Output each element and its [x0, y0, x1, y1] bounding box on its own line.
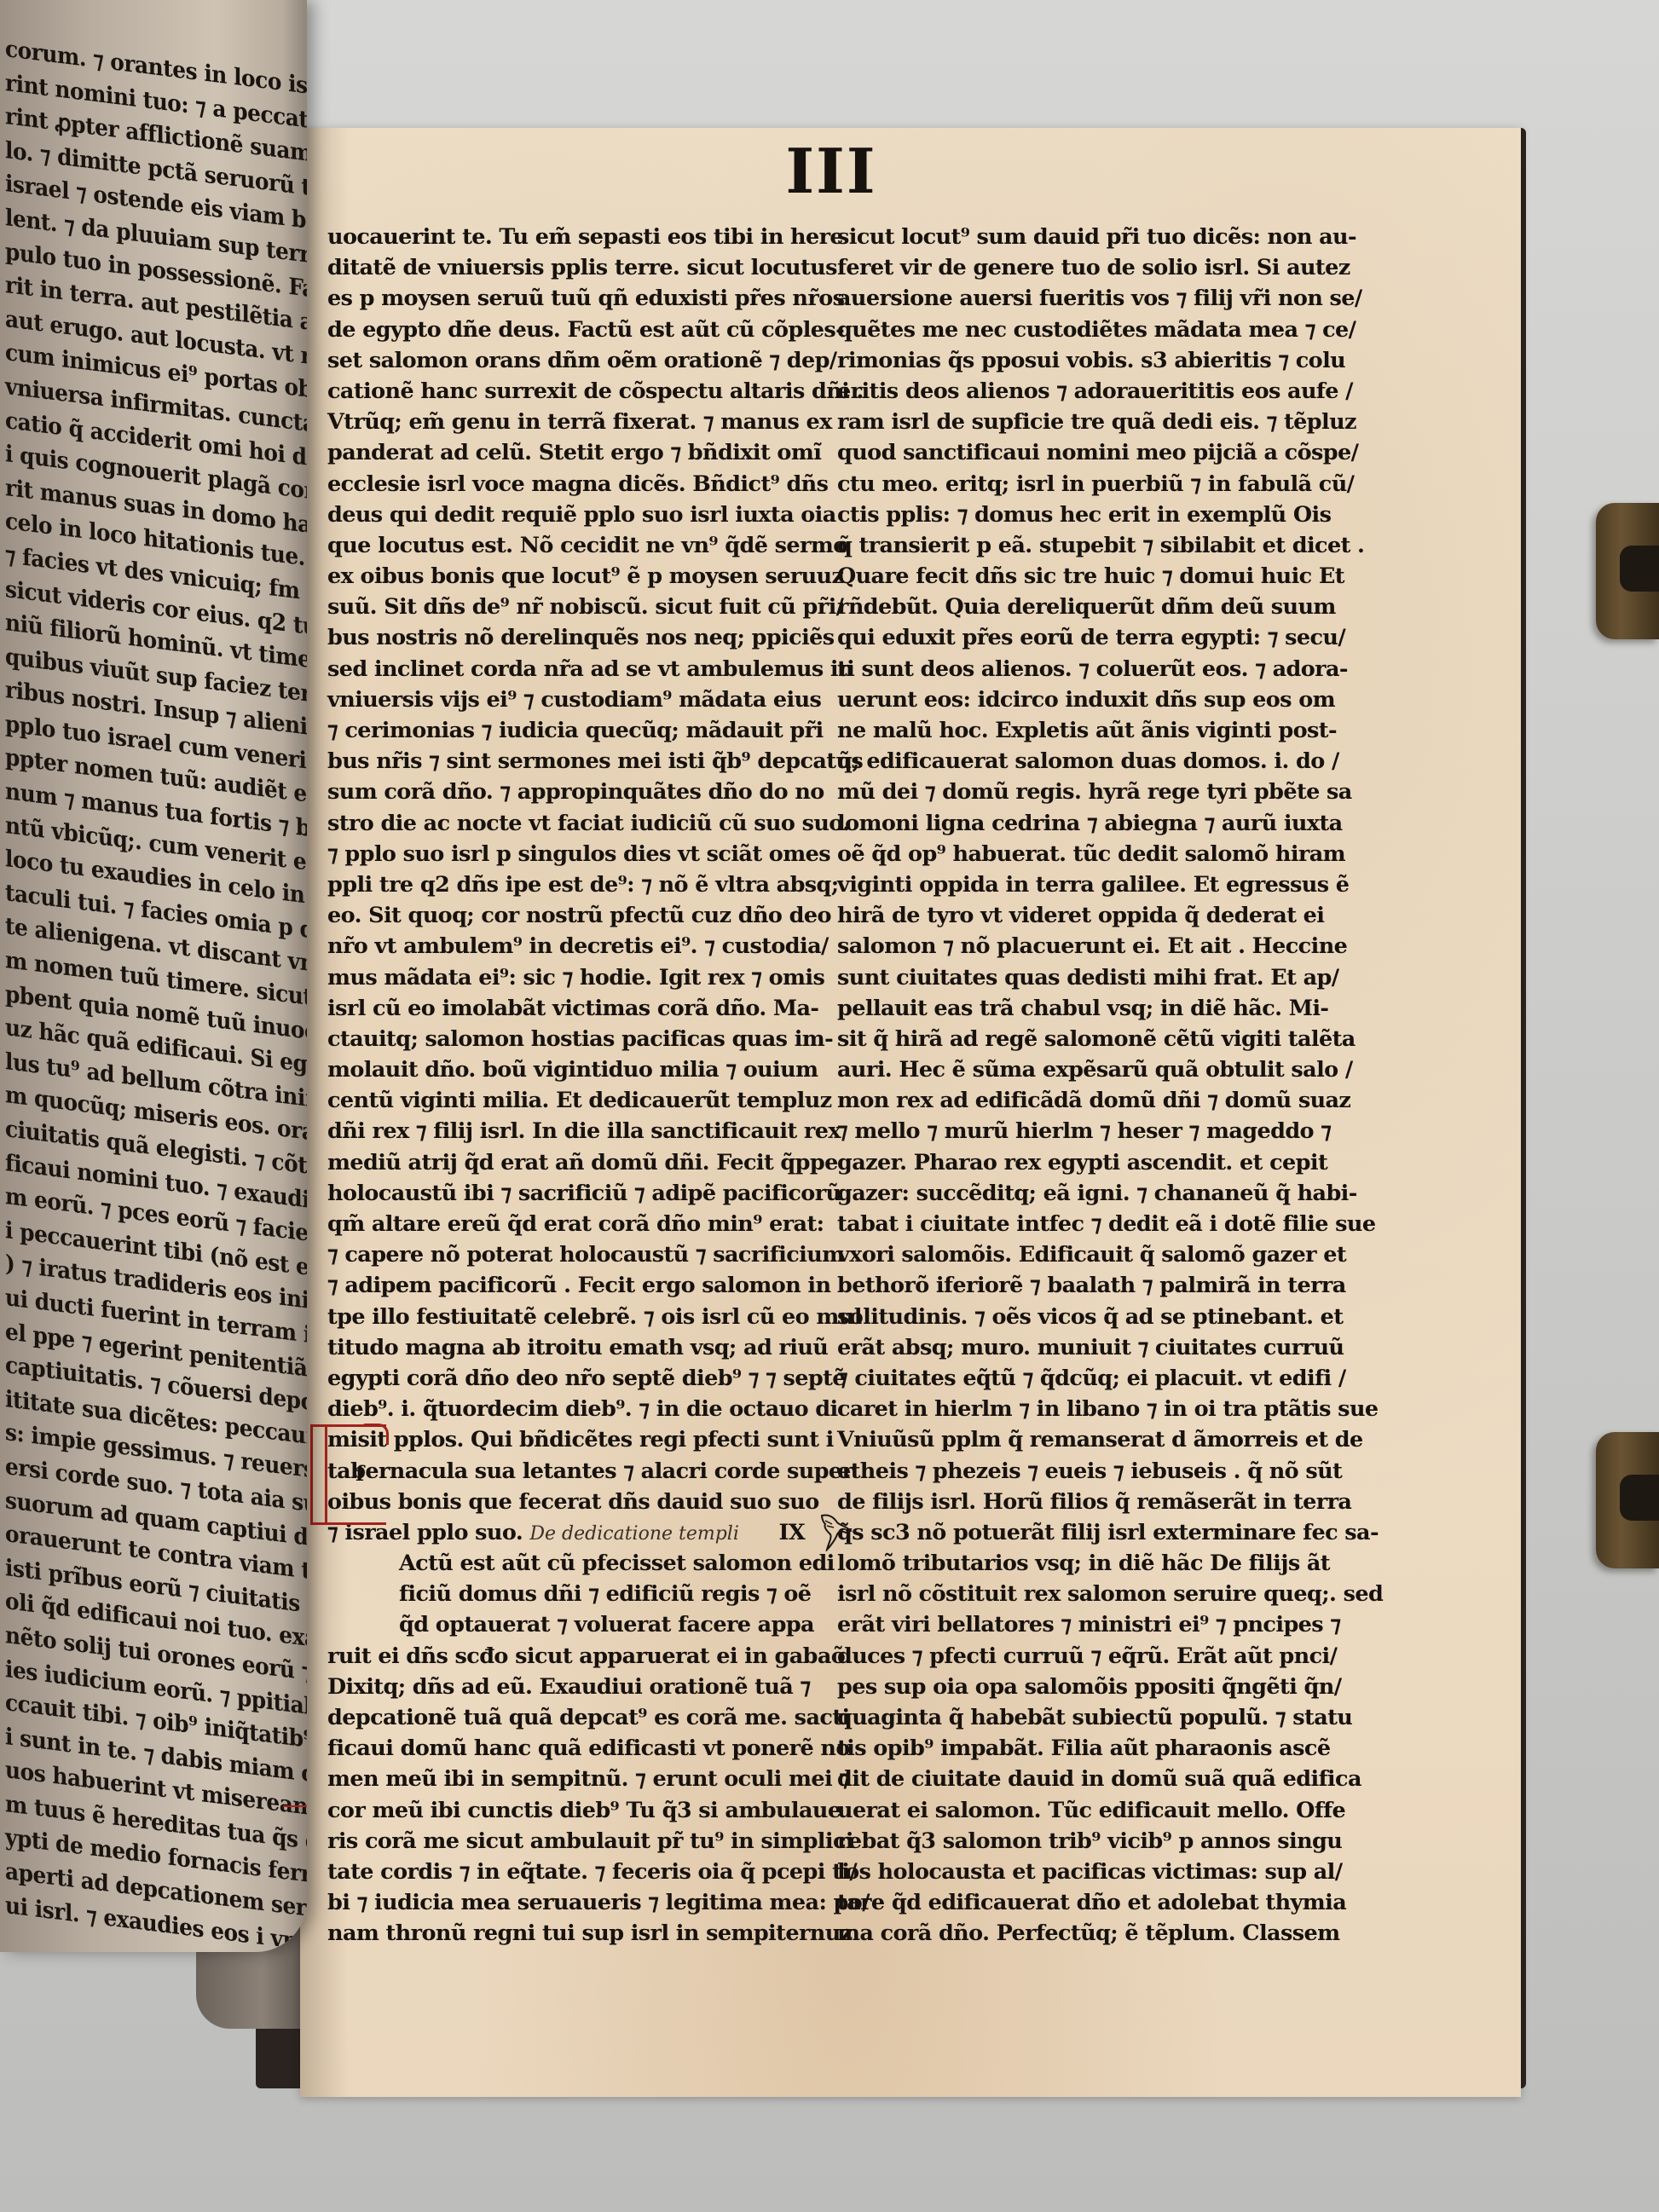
text-line: eo. Sit quoq; cor nostrũ pfectũ cuz dño …	[327, 900, 805, 931]
text-line: lomoni ligna cedrina ⁊ abiegna ⁊ aurũ iu…	[837, 808, 1315, 839]
text-line: isrl nõ cõstituit rex salomon seruire qu…	[837, 1579, 1315, 1609]
text-line: sum corã dño. ⁊ appropinquãtes dño do no	[327, 777, 805, 807]
text-line: stro die ac nocte vt faciat iudiciũ cũ s…	[327, 808, 805, 839]
text-line: dit de ciuitate dauid in domũ suã quã ed…	[837, 1764, 1315, 1794]
text-line: feret vir de genere tuo de solio isrl. S…	[837, 252, 1315, 283]
text-line: nam thronũ regni tui sup isrl in sempite…	[327, 1918, 805, 1949]
text-line: nr̃o vt ambulem⁹ in decretis ei⁹. ⁊ cust…	[327, 931, 805, 962]
text-line: bus nr̃is ⁊ sint sermones mei isti q̃b⁹ …	[327, 746, 805, 777]
column-b: sicut locut⁹ sum dauid pr̃i tuo dicẽs: n…	[837, 222, 1315, 1949]
text-line: ecclesie isrl voce magna dicẽs. Bñdict⁹ …	[327, 469, 805, 500]
text-line: ctis pplis: ⁊ domus hec erit in exemplũ …	[837, 500, 1315, 530]
text-line: eritis deos alienos ⁊ adorauerititis eos…	[837, 376, 1315, 407]
text-line: centũ viginti milia. Et dedicauerũt temp…	[327, 1085, 805, 1116]
text-line: mediũ atrij q̃d erat añ domũ dñi. Fecit …	[327, 1147, 805, 1178]
text-line: pes sup oia opa salomõis ppositi q̃ngẽti…	[837, 1672, 1315, 1702]
text-line: auri. Hec ẽ sũma expẽsarũ quã obtulit sa…	[837, 1054, 1315, 1085]
text-line: Actũ est aũt cũ pfecisset salomon edi	[327, 1548, 805, 1579]
clasp-upper	[1596, 503, 1659, 639]
text-line: que locutus est. Nõ cecidit ne vn⁹ q̃dẽ …	[327, 530, 805, 561]
folio-number: III	[767, 135, 895, 207]
text-line: erãt viri bellatores ⁊ ministri ei⁹ ⁊ pn…	[837, 1609, 1315, 1640]
text-line: los holocausta et pacificas victimas: su…	[837, 1857, 1315, 1887]
text-line: vxori salomõis. Edificauit q̃ salomõ gaz…	[837, 1239, 1315, 1270]
text-line: duces ⁊ pfecti curruũ ⁊ eq̃rũ. Erãt aũt …	[837, 1641, 1315, 1672]
text-line: etheis ⁊ phezeis ⁊ eueis ⁊ iebuseis . q̃…	[837, 1456, 1315, 1487]
text-line: Dixitq; dñs ad eũ. Exaudiui orationẽ tuã…	[327, 1672, 805, 1702]
left-page: corum. ⁊ orantes in loco isto penitẽciãr…	[0, 0, 307, 1952]
text-line: ma corã dño. Perfectũq; ẽ tẽplum. Classe…	[837, 1918, 1315, 1949]
text-line: cor meũ ibi cunctis dieb⁹ Tu q̃3 si ambu…	[327, 1795, 805, 1826]
text-line: q̃ transierit p eã. stupebit ⁊ sibilabit…	[837, 530, 1315, 561]
text-line: sit q̃ hirã ad regẽ salomonẽ cẽtũ vigiti…	[837, 1024, 1315, 1054]
text-line: molauit dño. boũ vigintiduo milia ⁊ ouiu…	[327, 1054, 805, 1085]
text-line: quod sanctificaui nomini meo pijciã a cõ…	[837, 437, 1315, 468]
text-line: gazer: succẽditq; eã igni. ⁊ chananeũ q̃…	[837, 1178, 1315, 1209]
text-line: pellauit eas trã chabul vsq; in diẽ hãc.…	[837, 993, 1315, 1024]
text-line: bethorõ iferiorẽ ⁊ baalath ⁊ palmirã in …	[837, 1270, 1315, 1301]
text-line: Vniuũsũ pplm q̃ remanserat d ãmorreis et…	[837, 1424, 1315, 1455]
text-line: de egypto dñe deus. Factũ est aũt cũ cõp…	[327, 315, 805, 345]
text-line: ris corã me sicut ambulauit pr̃ tu⁹ in s…	[327, 1826, 805, 1857]
text-line: mus mãdata ei⁹: sic ⁊ hodie. Igit rex ⁊ …	[327, 962, 805, 993]
text-line: qui eduxit pr̃es eorũ de terra egypti: ⁊…	[837, 622, 1315, 653]
text-line: set salomon orans dñm oẽm orationẽ ⁊ dep…	[327, 345, 805, 376]
text-line: suũ. Sit dñs de⁹ nr̃ nobiscũ. sicut fuit…	[327, 592, 805, 622]
text-line: men meũ ibi in sempitnũ. ⁊ erunt oculi m…	[327, 1764, 805, 1794]
text-line: solitudinis. ⁊ oẽs vicos q̃ ad se ptineb…	[837, 1302, 1315, 1332]
text-line: sed inclinet corda nr̃a ad se vt ambulem…	[327, 654, 805, 684]
handwritten-marginal-note: De dedicatione templi	[529, 1523, 739, 1545]
text-line: ⁊ pplo suo isrl p singulos dies vt sciãt…	[327, 839, 805, 869]
text-line: uerat ei salomon. Tũc edificauit mello. …	[837, 1795, 1315, 1826]
text-line: ⁊ cerimonias ⁊ iudicia quecũq; mãdauit p…	[327, 715, 805, 746]
text-line: deus qui dedit requiẽ pplo suo isrl iuxt…	[327, 500, 805, 530]
text-line: ne malũ hoc. Expletis aũt ãnis viginti p…	[837, 715, 1315, 746]
text-line: tare q̃d edificauerat dño et adolebat th…	[837, 1887, 1315, 1918]
text-line: holocaustũ ibi ⁊ sacrificiũ ⁊ adipẽ paci…	[327, 1178, 805, 1209]
text-line: ruit ei dñs scđo sicut apparuerat ei in …	[327, 1641, 805, 1672]
text-line: ex oibus bonis que locut⁹ ẽ p moysen ser…	[327, 561, 805, 592]
rubric-mark	[283, 1805, 307, 1807]
text-line: rimonias q̃s pposui vobis. s3 abieritis …	[837, 345, 1315, 376]
text-line: gazer. Pharao rex egypti ascendit. et ce…	[837, 1147, 1315, 1178]
text-line: ram isrl de supficie tre quã dedi eis. ⁊…	[837, 407, 1315, 437]
text-line: ficiũ domus dñi ⁊ edificiũ regis ⁊ oẽ	[327, 1579, 805, 1609]
text-line: sicut locut⁹ sum dauid pr̃i tuo dicẽs: n…	[837, 222, 1315, 252]
text-line: quaginta q̃ habebãt subiectũ populũ. ⁊ s…	[837, 1702, 1315, 1733]
text-line: rebat q̃3 salomon trib⁹ vicib⁹ p annos s…	[837, 1826, 1315, 1857]
pointing-hand-icon	[820, 1512, 854, 1551]
text-line: tpe illo festiuitatẽ celebrẽ. ⁊ ois isrl…	[327, 1302, 805, 1332]
text-line: dñi rex ⁊ filij isrl. In die illa sancti…	[327, 1116, 805, 1146]
text-line: dieb⁹. i. q̃tuordecim dieb⁹. ⁊ in die oc…	[327, 1394, 805, 1424]
text-line: ⁊ ciuitates eq̃tũ ⁊ q̃dcũq; ei placuit. …	[837, 1363, 1315, 1394]
left-page-text: corum. ⁊ orantes in loco isto penitẽciãr…	[5, 32, 307, 1952]
text-line: rñdebũt. Quia dereliquerũt dñm deũ suum	[837, 592, 1315, 622]
column-a: uocauerint te. Tu em̃ sepasti eos tibi i…	[327, 222, 805, 1949]
text-line: uerunt eos: idcirco induxit dñs sup eos …	[837, 684, 1315, 715]
text-line: ctu meo. eritq; isrl in puerbiũ ⁊ in fab…	[837, 469, 1315, 500]
text-line: cationẽ hanc surrexit de cõspectu altari…	[327, 376, 805, 407]
text-line: panderat ad celũ. Stetit ergo ⁊ bñdixit …	[327, 437, 805, 468]
text-line: ctauitq; salomon hostias pacificas quas …	[327, 1024, 805, 1054]
text-line: egypti corã dño deo nr̃o septẽ dieb⁹ ⁊ ⁊…	[327, 1363, 805, 1394]
clasp-slot	[1620, 1475, 1659, 1521]
chapter-end-line: ⁊ israel pplo suo. De dedicatione templi…	[327, 1517, 805, 1548]
clasp-slot	[1620, 546, 1659, 592]
right-page: III uocauerint te. Tu em̃ sepasti eos ti…	[300, 128, 1521, 2097]
text-line: ti sunt deos alienos. ⁊ coluerũt eos. ⁊ …	[837, 654, 1315, 684]
text-line: sunt ciuitates quas dedisti mihi frat. E…	[837, 962, 1315, 993]
text-line: ⁊ adipem pacificorũ . Fecit ergo salomon…	[327, 1270, 805, 1301]
text-line: hirã de tyro vt videret oppida q̃ dedera…	[837, 900, 1315, 931]
text-line: q̃d optauerat ⁊ voluerat facere appa	[327, 1609, 805, 1640]
text-line: auersione auersi fueritis vos ⁊ filij vr…	[837, 283, 1315, 314]
text-line: lomõ tributarios vsq; in diẽ hãc De fili…	[837, 1548, 1315, 1579]
text-line: q̃; edificauerat salomon duas domos. i. …	[837, 746, 1315, 777]
text-line: tate cordis ⁊ in eq̃tate. ⁊ feceris oia …	[327, 1857, 805, 1887]
text-line: tabernacula sua letantes ⁊ alacri corde …	[327, 1456, 805, 1487]
text-line: misit pplos. Qui bñdicẽtes regi pfecti s…	[327, 1424, 805, 1455]
text-line: erãt absq; muro. muniuit ⁊ ciuitates cur…	[837, 1332, 1315, 1363]
text-line: ditatẽ de vniuersis pplis terre. sicut l…	[327, 252, 805, 283]
text-line: ficaui domũ hanc quã edificasti vt poner…	[327, 1733, 805, 1764]
text-line: viginti oppida in terra galilee. Et egre…	[837, 869, 1315, 900]
text-line: bi ⁊ iudicia mea seruaueris ⁊ legitima m…	[327, 1887, 805, 1918]
text-line: depcationẽ tuã quã depcat⁹ es corã me. s…	[327, 1702, 805, 1733]
text-line: salomon ⁊ nõ placuerunt ei. Et ait . Hec…	[837, 931, 1315, 962]
text-line: ⁊ capere nõ poterat holocaustũ ⁊ sacrifi…	[327, 1239, 805, 1270]
text-line: mũ dei ⁊ domũ regis. hyrã rege tyri pbẽt…	[837, 777, 1315, 807]
text-line: oẽ q̃d op⁹ habuerat. tũc dedit salomõ hi…	[837, 839, 1315, 869]
chapter-number: IX	[778, 1517, 805, 1548]
text-line: caret in hierlm ⁊ in libano ⁊ in oi tra …	[837, 1394, 1315, 1424]
text-line: oibus bonis que fecerat dñs dauid suo su…	[327, 1487, 805, 1517]
text-line: Vtrũq; em̃ genu in terrã fixerat. ⁊ manu…	[327, 407, 805, 437]
text-line: tis opib⁹ impabãt. Filia aũt pharaonis a…	[837, 1733, 1315, 1764]
rubricated-initial-f: f	[310, 1424, 386, 1525]
text-line: es p moysen seruũ tuũ qñ eduxisti pr̃es …	[327, 283, 805, 314]
text-line: ⁊ mello ⁊ murũ hierlm ⁊ heser ⁊ mageddo …	[837, 1116, 1315, 1146]
text-line: mon rex ad edificãdã domũ dñi ⁊ domũ sua…	[837, 1085, 1315, 1116]
text-line: Quare fecit dñs sic tre huic ⁊ domui hui…	[837, 561, 1315, 592]
text-line: isrl cũ eo imolabãt victimas corã dño. M…	[327, 993, 805, 1024]
text-line: vniuersis vijs ei⁹ ⁊ custodiam⁹ mãdata e…	[327, 684, 805, 715]
text-line: de filijs isrl. Horũ filios q̃ remãserãt…	[837, 1487, 1315, 1517]
text-line: qm̃ altare ereũ q̃d erat corã dño min⁹ e…	[327, 1209, 805, 1239]
initial-guide-letter: f	[355, 1461, 364, 1486]
text-line: titudo magna ab itroitu emath vsq; ad ri…	[327, 1332, 805, 1363]
text-line: uocauerint te. Tu em̃ sepasti eos tibi i…	[327, 222, 805, 252]
text-line: ppli tre q2 dñs ipe est de⁹: ⁊ nõ ẽ vltr…	[327, 869, 805, 900]
text-line: bus nostris nõ derelinquẽs nos neq; ppic…	[327, 622, 805, 653]
text-line: quẽtes me nec custodiẽtes mãdata mea ⁊ c…	[837, 315, 1315, 345]
clasp-lower	[1596, 1432, 1659, 1568]
text-line: tabat i ciuitate intfec ⁊ dedit eã i dot…	[837, 1209, 1315, 1239]
text-line: q̃s sc3 nõ potuerãt filij isrl extermina…	[837, 1517, 1315, 1548]
